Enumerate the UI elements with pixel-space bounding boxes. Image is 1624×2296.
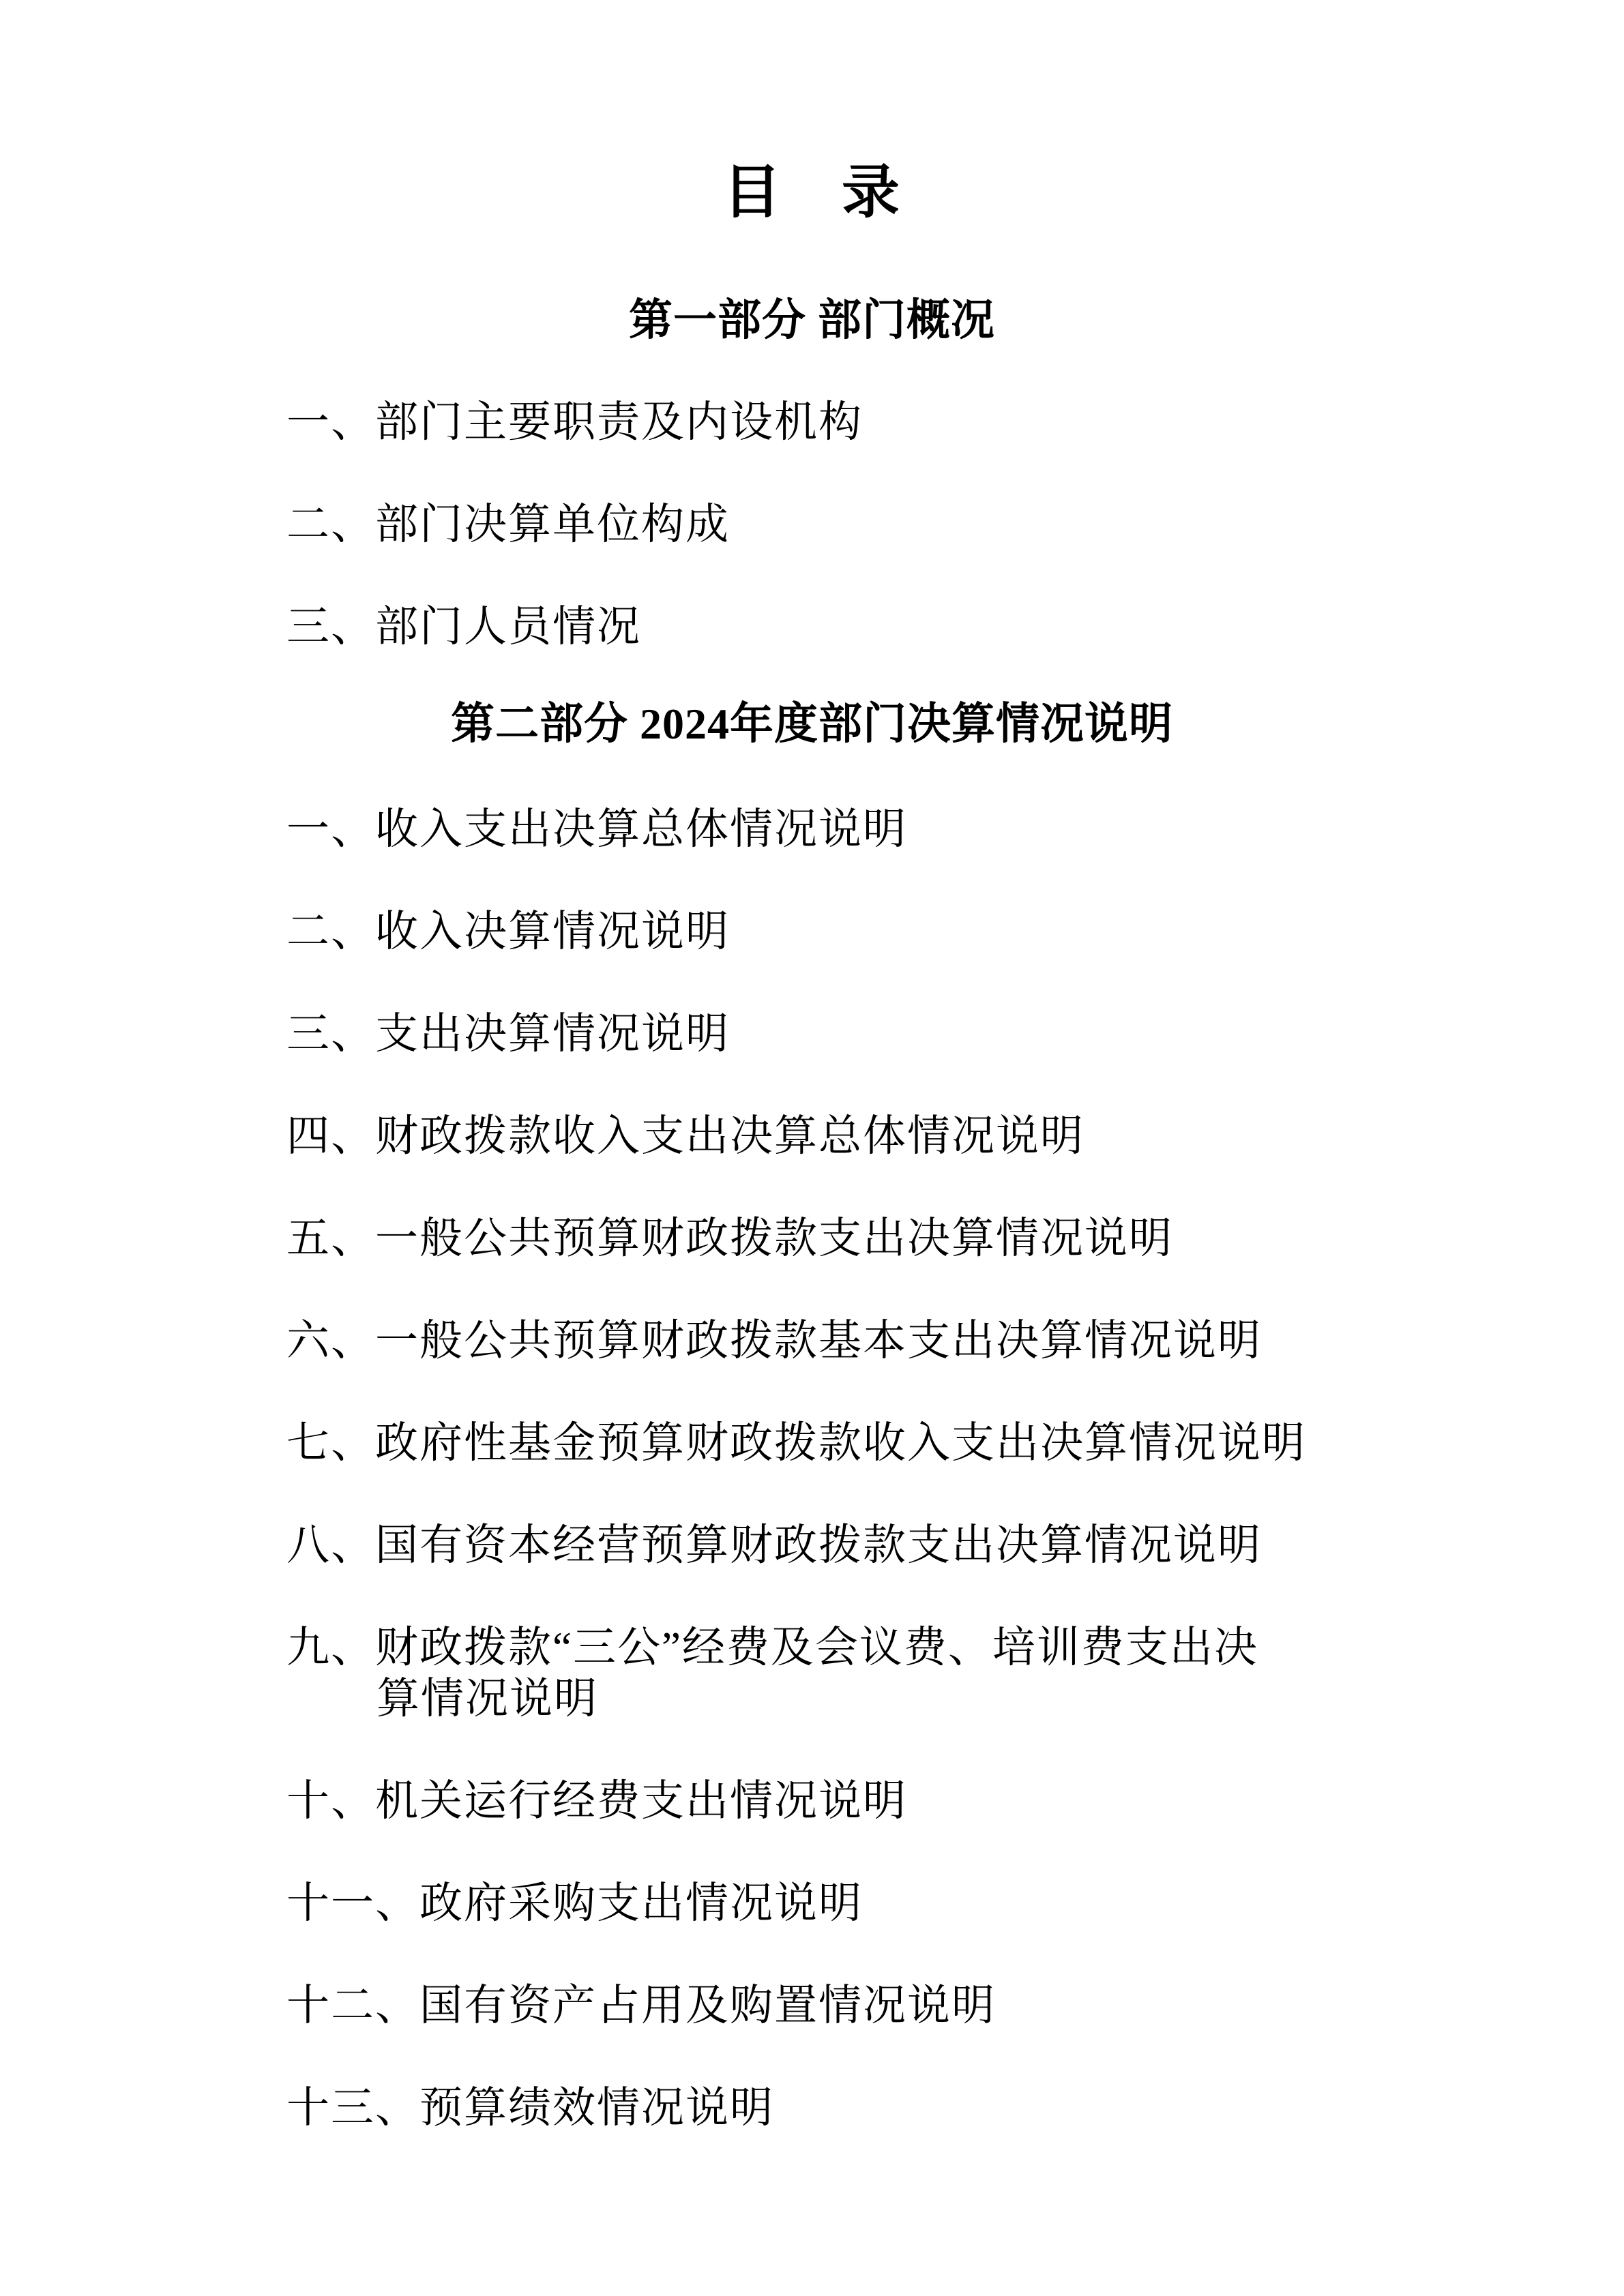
toc-item: 十二、国有资产占用及购置情况说明: [286, 1980, 1597, 2031]
toc-item: 十、机关运行经费支出情况说明: [286, 1776, 1597, 1827]
page-title: 目 录: [0, 164, 1624, 222]
section-2-heading: 第二部分 2024年度部门决算情况说明: [0, 702, 1624, 746]
toc-item: 六、一般公共预算财政拨款基本支出决算情况说明: [286, 1315, 1597, 1367]
toc-item: 一、收入支出决算总体情况说明: [286, 804, 1597, 855]
toc-item: 三、支出决算情况说明: [286, 1009, 1597, 1060]
toc-item: 七、政府性基金预算财政拨款收入支出决算情况说明: [286, 1418, 1597, 1469]
toc-item: 三、部门人员情况: [286, 601, 1597, 653]
toc-item: 二、部门决算单位构成: [286, 499, 1597, 550]
toc-item: 十一、政府采购支出情况说明: [286, 1878, 1597, 1929]
toc-item: 一、部门主要职责及内设机构: [286, 397, 1597, 448]
toc-item: 十三、预算绩效情况说明: [286, 2083, 1597, 2134]
section-1-heading: 第一部分 部门概况: [0, 299, 1624, 342]
toc-item: 九、财政拨款“三公”经费及会议费、培训费支出决 算情况说明: [286, 1622, 1597, 1725]
toc-item: 五、一般公共预算财政拨款支出决算情况说明: [286, 1213, 1597, 1264]
toc-page: 目 录 第一部分 部门概况 一、部门主要职责及内设机构 二、部门决算单位构成 三…: [0, 0, 1624, 2296]
toc-item: 八、国有资本经营预算财政拨款支出决算情况说明: [286, 1520, 1597, 1571]
toc-item: 四、财政拨款收入支出决算总体情况说明: [286, 1111, 1597, 1162]
toc-item: 二、收入决算情况说明: [286, 906, 1597, 957]
